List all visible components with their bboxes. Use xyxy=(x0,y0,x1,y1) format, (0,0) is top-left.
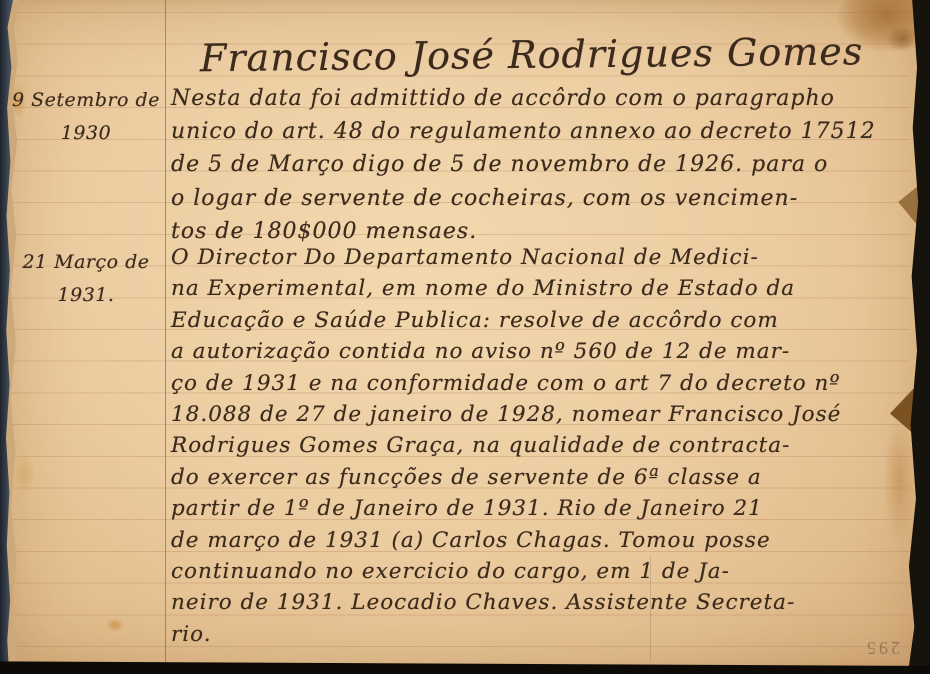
manuscript-line: neiro de 1931. Leocadio Chaves. Assisten… xyxy=(171,587,916,618)
manuscript-line: 21 Março de xyxy=(12,246,160,279)
manuscript-line: de março de 1931 (a) Carlos Chagas. Tomo… xyxy=(171,525,916,556)
manuscript-line: 9 Setembro de xyxy=(12,84,160,117)
manuscript-line: 1930 xyxy=(12,117,160,150)
entry-1-text: Nesta data foi admittido de accôrdo com … xyxy=(171,82,916,248)
manuscript-line: continuando no exercicio do cargo, em 1 … xyxy=(171,556,916,587)
manuscript-line: Rodrigues Gomes Graça, na qualidade de c… xyxy=(171,430,916,461)
manuscript-line: de 5 de Março digo de 5 de novembro de 1… xyxy=(171,148,916,181)
manuscript-line: 1931. xyxy=(12,279,160,312)
manuscript-line: O Director Do Departamento Nacional de M… xyxy=(171,242,916,273)
manuscript-line: Nesta data foi admittido de accôrdo com … xyxy=(171,82,916,115)
manuscript-line: a autorização contida no aviso nº 560 de… xyxy=(171,336,916,367)
manuscript-line: partir de 1º de Janeiro de 1931. Rio de … xyxy=(171,493,916,524)
manuscript-line: ço de 1931 e na conformidade com o art 7… xyxy=(171,368,916,399)
manuscript-line: na Experimental, em nome do Ministro de … xyxy=(171,273,916,304)
entry-2-text: O Director Do Departamento Nacional de M… xyxy=(171,242,916,650)
manuscript-photo: Francisco José Rodrigues Gomes 9 Setembr… xyxy=(0,0,930,674)
manuscript-line: o logar de servente de cocheiras, com os… xyxy=(171,182,916,215)
manuscript-line: 18.088 de 27 de janeiro de 1928, nomear … xyxy=(171,399,916,430)
manuscript-line: rio. xyxy=(171,619,916,650)
folio-number-stamp: 295 xyxy=(864,637,900,658)
manuscript-line: Educação e Saúde Publica: resolve de acc… xyxy=(171,305,916,336)
entry-1-date: 9 Setembro de1930 xyxy=(12,84,160,150)
entry-2-date: 21 Março de1931. xyxy=(12,246,160,312)
page-title: Francisco José Rodrigues Gomes xyxy=(200,30,820,80)
manuscript-line: do exercer as funcções de servente de 6ª… xyxy=(171,462,916,493)
manuscript-line: unico do art. 48 do regulamento annexo a… xyxy=(171,115,916,148)
